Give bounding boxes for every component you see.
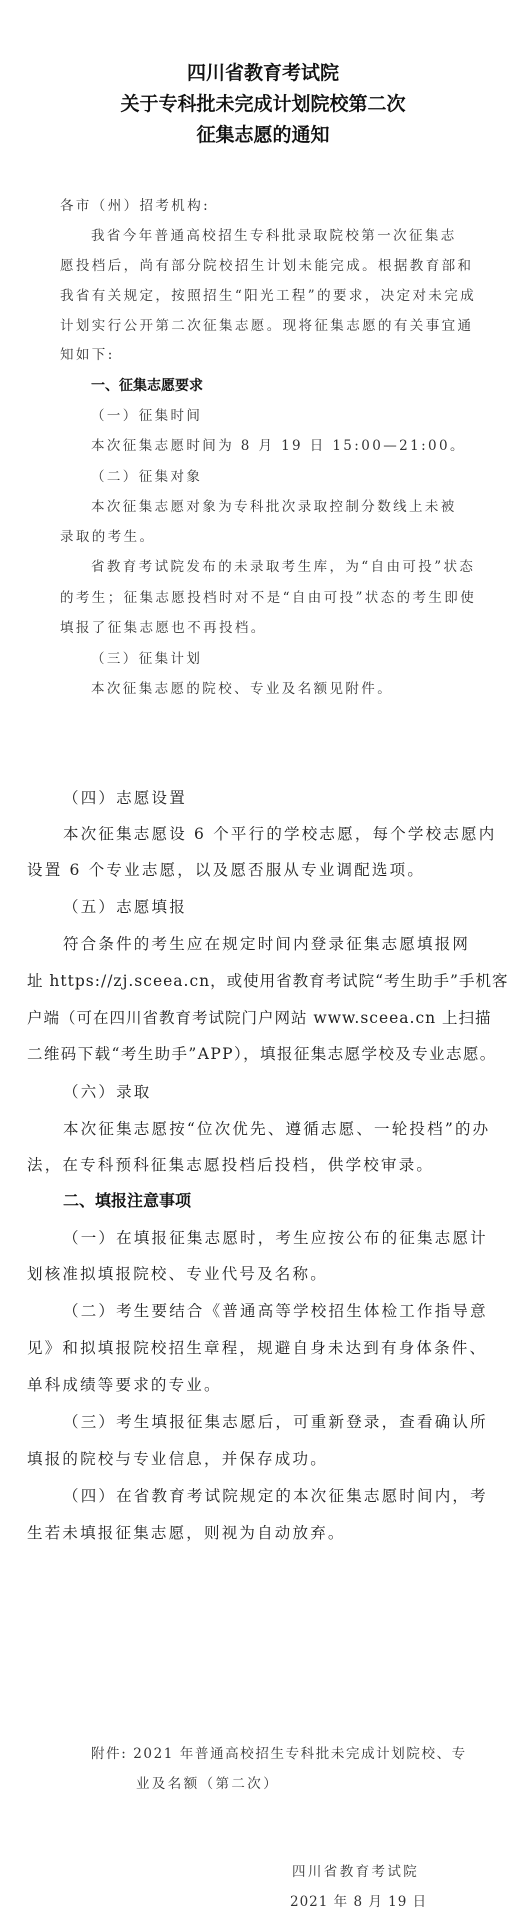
paragraph-line: 址 https://zj.sceea.cn，或使用省教育考试院“考生助手”手机客 [27,969,508,991]
subsection-heading: （四）志愿设置 [63,786,187,808]
subsection-heading: （六）录取 [63,1080,152,1102]
paragraph-line: 见》和拟填报院校招生章程，规避自身未达到有身体条件、 [27,1336,487,1358]
paragraph-line: 符合条件的考生应在规定时间内登录征集志愿填报网 [63,932,470,954]
paragraph-line: 的考生；征集志愿投档时对不是“自由可投”状态的考生即使 [60,586,476,606]
paragraph-line: 法，在专科预科征集志愿投档后投档，供学校审录。 [27,1153,434,1175]
paragraph-line: 填报了征集志愿也不再投档。 [60,616,267,636]
intro-line: 愿投档后，尚有部分院校招生计划未能完成。根据教育部和 [60,254,473,274]
paragraph-line: 设置 6 个专业志愿，以及愿否服从专业调配选项。 [27,858,425,880]
attachment-line-1: 附件: 2021 年普通高校招生专科批未完成计划院校、专 [91,1742,467,1762]
subsection-heading: （二）征集对象 [91,465,202,485]
attachment-line-2: 业及名额（第二次） [136,1772,279,1792]
paragraph-line: （四）在省教育考试院规定的本次征集志愿时间内，考 [63,1484,488,1506]
signature-org: 四川省教育考试院 [292,1860,419,1880]
intro-line: 知如下: [60,343,115,363]
paragraph-line: 户端（可在四川省教育考试院门户网站 www.sceea.cn 上扫描 [27,1006,492,1028]
document-title-line-1: 四川省教育考试院 [0,58,526,85]
paragraph-line: （二）考生要结合《普通高等学校招生体检工作指导意 [63,1299,488,1321]
paragraph-line: （一）在填报征集志愿时，考生应按公布的征集志愿计 [63,1226,488,1248]
paragraph-line: 本次征集志愿对象为专科批次录取控制分数线上未被 [91,495,457,515]
intro-line: 我省有关规定，按照招生“阳光工程”的要求，决定对未完成 [60,284,476,304]
paragraph-line: 单科成绩等要求的专业。 [27,1373,222,1395]
document-title-line-2: 关于专科批未完成计划院校第二次 [0,89,526,116]
paragraph-line: 本次征集志愿按“位次优先、遵循志愿、一轮投档”的办 [63,1117,490,1139]
paragraph-line: 本次征集志愿设 6 个平行的学校志愿，每个学校志愿内 [63,822,496,844]
document-title-line-3: 征集志愿的通知 [0,120,526,147]
intro-line: 计划实行公开第二次征集志愿。现将征集志愿的有关事宜通 [60,314,473,334]
section-1-heading: 一、征集志愿要求 [91,375,203,395]
paragraph-line: 二维码下载“考生助手”APP），填报征集志愿学校及专业志愿。 [27,1042,497,1064]
section-2-heading: 二、填报注意事项 [63,1188,191,1211]
paragraph-line: 本次征集志愿的院校、专业及名额见附件。 [91,677,393,697]
paragraph-line: 录取的考生。 [60,525,155,545]
paragraph-line: 本次征集志愿时间为 8 月 19 日 15:00—21:00。 [91,434,466,454]
paragraph-line: 生若未填报征集志愿，则视为自动放弃。 [27,1521,346,1543]
subsection-heading: （三）征集计划 [91,647,202,667]
subsection-heading: （五）志愿填报 [63,895,187,917]
salutation: 各市（州）招考机构: [60,194,210,214]
intro-line: 我省今年普通高校招生专科批录取院校第一次征集志 [91,224,457,244]
paragraph-line: 填报的院校与专业信息，并保存成功。 [27,1447,328,1469]
paragraph-line: （三）考生填报征集志愿后，可重新登录，查看确认所 [63,1410,488,1432]
signature-date: 2021 年 8 月 19 日 [290,1890,427,1910]
subsection-heading: （一）征集时间 [91,404,202,424]
paragraph-line: 省教育考试院发布的未录取考生库，为“自由可投”状态 [91,555,475,575]
paragraph-line: 划核准拟填报院校、专业代号及名称。 [27,1262,328,1284]
